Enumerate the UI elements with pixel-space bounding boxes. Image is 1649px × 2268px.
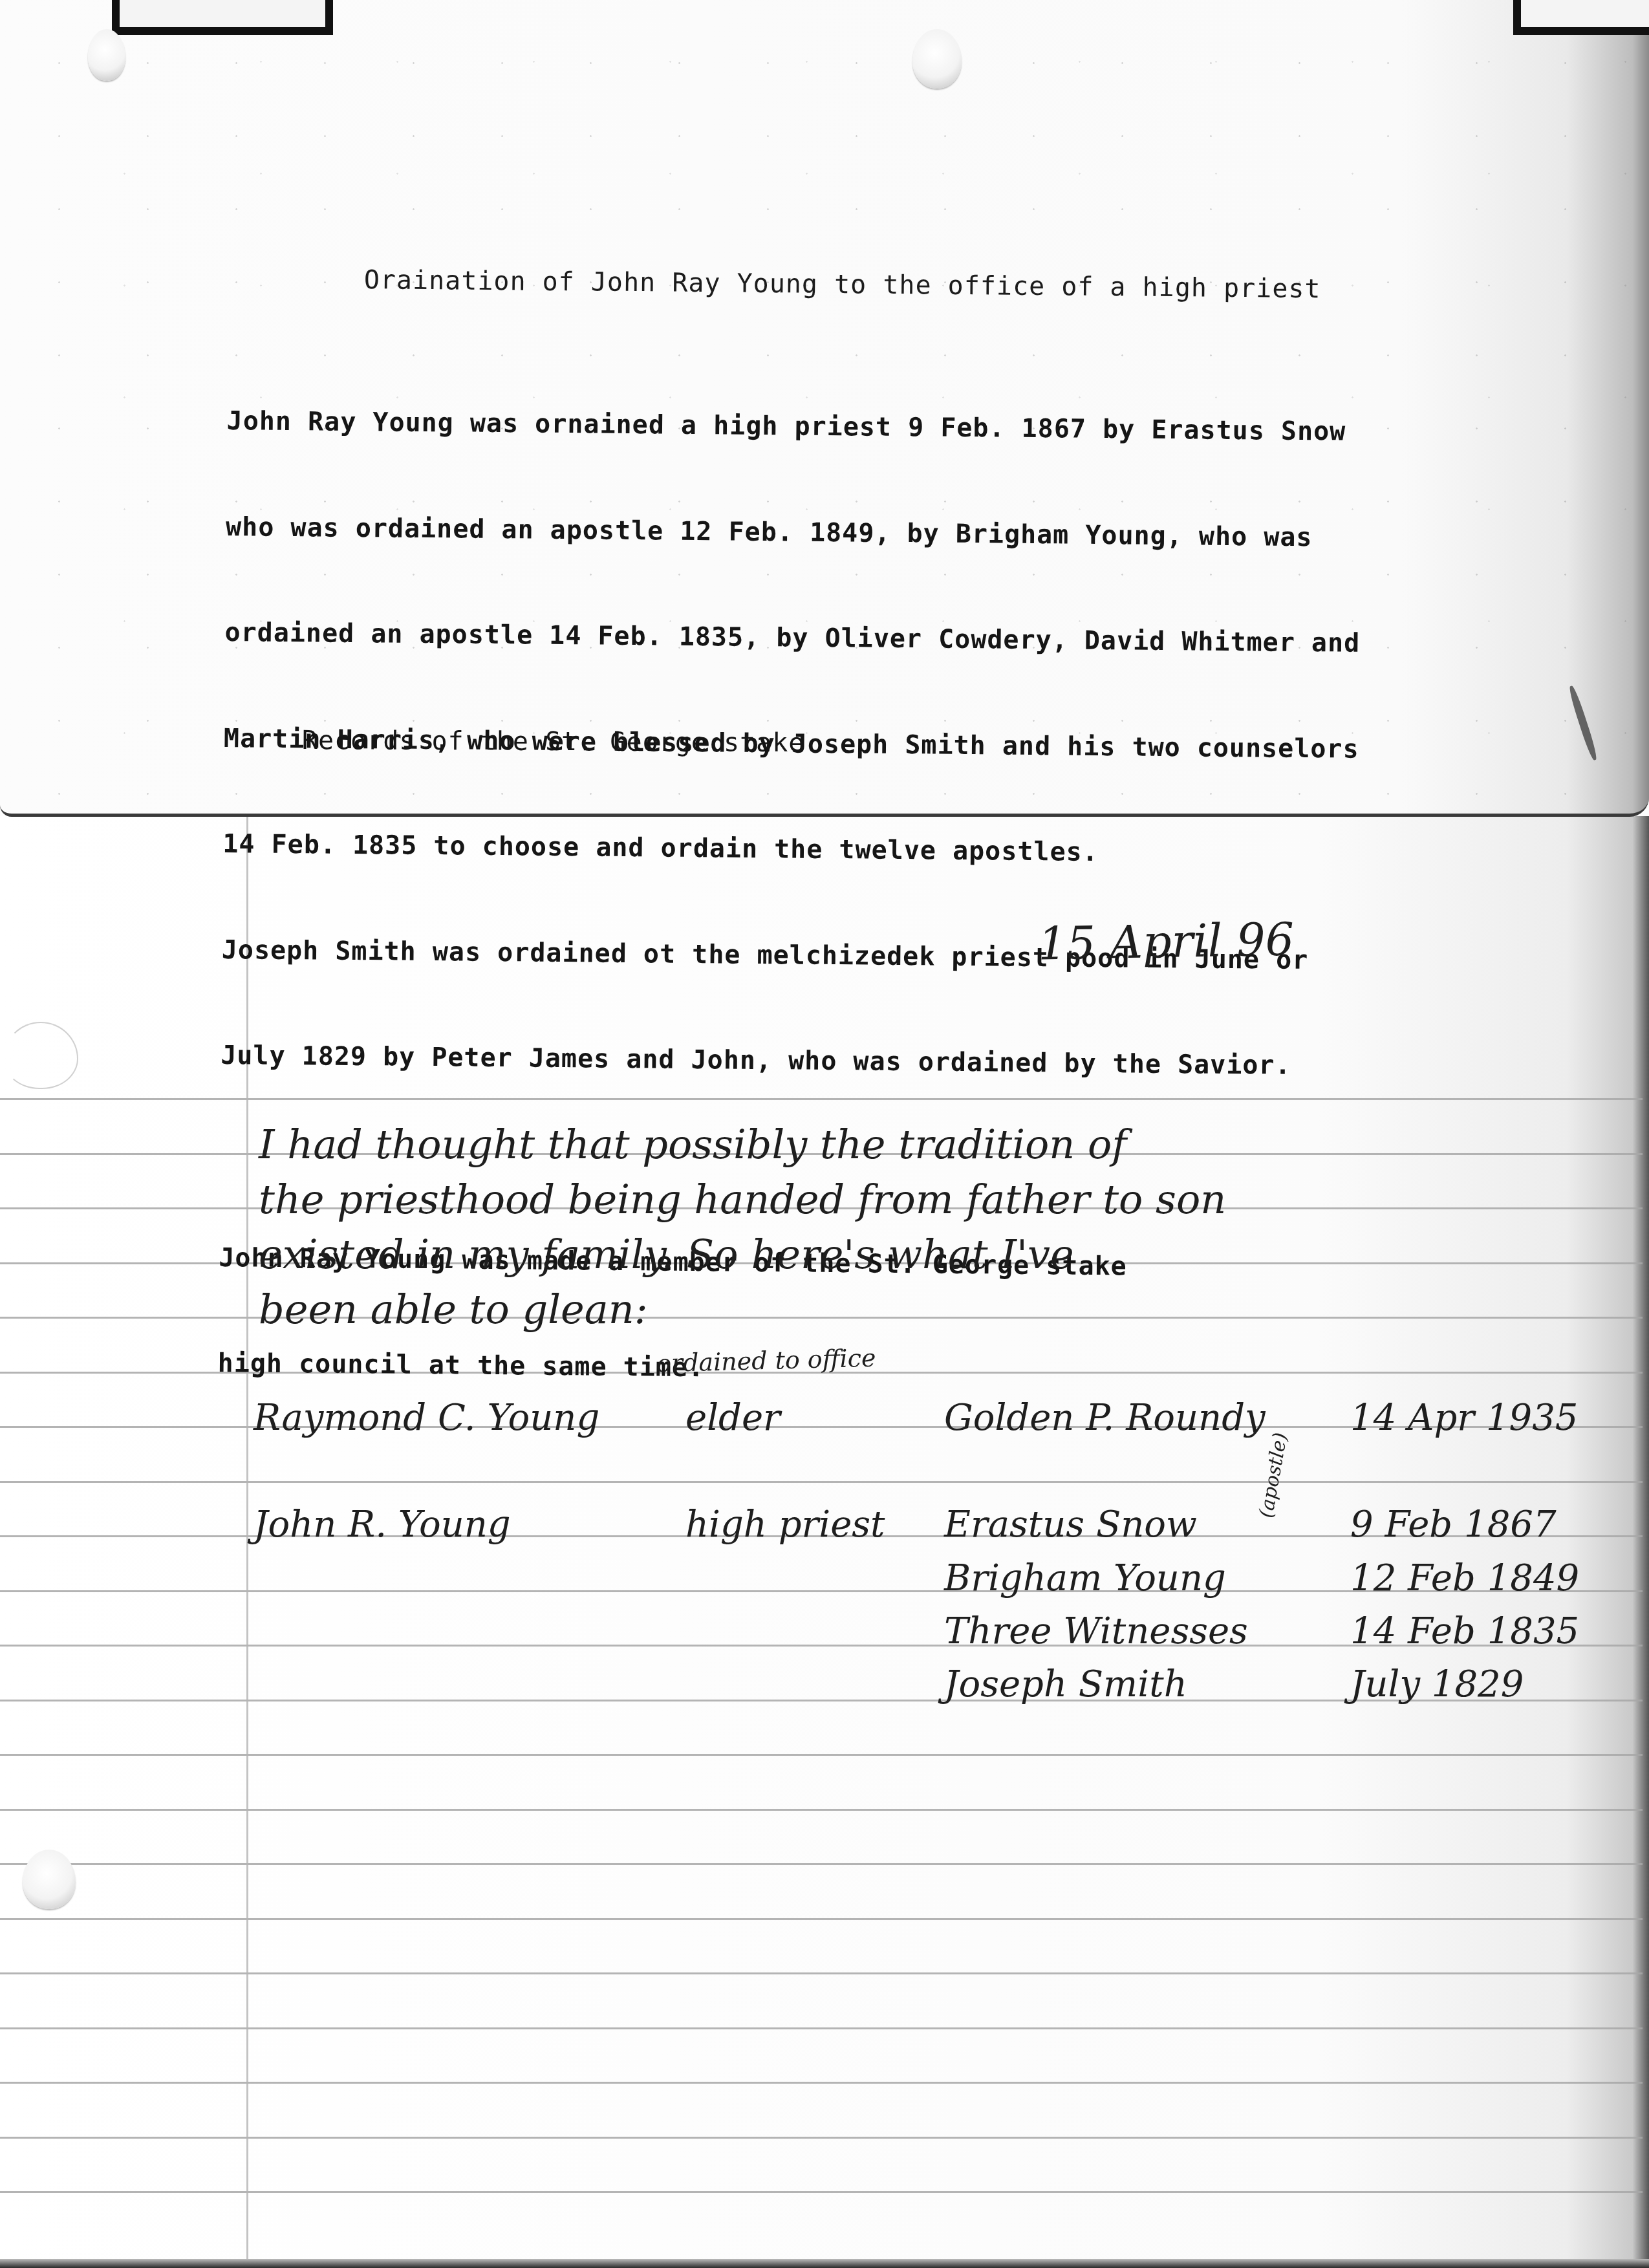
hole-punch-icon [912,29,962,89]
record-line: 14 Feb. 1835 to choose and ordain the tw… [222,826,1358,872]
record-line: who was ordained an apostle 12 Feb. 1849… [226,509,1361,555]
hole-punch-icon [88,29,125,81]
record-title: Oraination of John Ray Young to the offi… [364,265,1321,304]
spacer [220,1143,1355,1180]
hole-punch-icon [3,1022,78,1089]
paper-edge [0,2259,1649,2268]
frame-box-icon [112,0,333,35]
record-line: July 1829 by Peter James and John, who w… [221,1038,1356,1084]
record-note-line: John Ray Young was made a member of the … [219,1240,1354,1286]
record-body: John Ray Young was ornained a high pries… [217,333,1363,1462]
record-line: Joseph Smith was ordained ot the melchiz… [222,932,1357,978]
hole-punch-icon [23,1850,76,1909]
record-line: ordained an apostle 14 Feb. 1835, by Oli… [224,615,1360,661]
record-line: John Ray Young was ornained a high pries… [226,404,1362,449]
frame-box-icon [1513,0,1649,35]
record-note-line: high council at the same time. [217,1346,1353,1392]
ink-smudge [1568,685,1599,761]
typed-record-sheet: Oraination of John Ray Young to the offi… [0,0,1649,817]
scanned-page: Oraination of John Ray Young to the offi… [0,0,1649,2268]
record-source: Records of the St. George stake [302,726,805,758]
